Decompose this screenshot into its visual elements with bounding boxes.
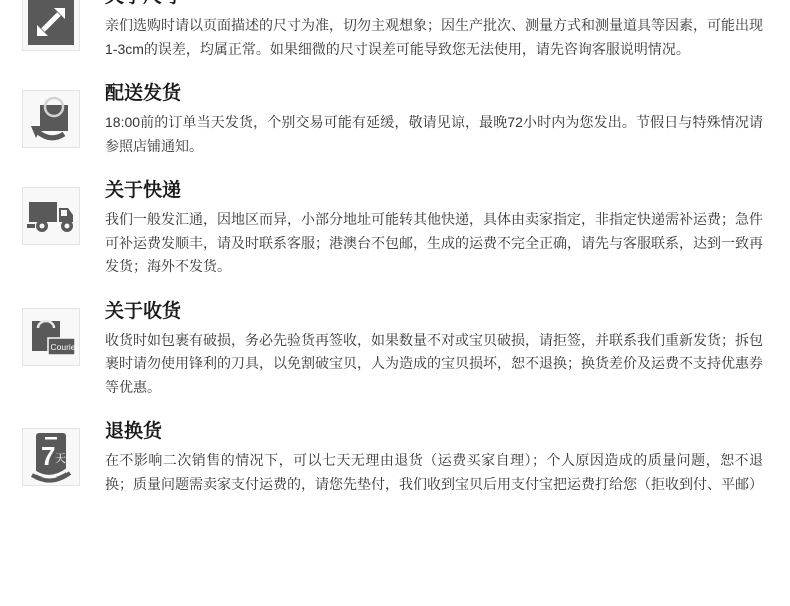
section-title: 退换货 — [105, 420, 763, 444]
section-body: 收货时如包裹有破损，务必先验货再签收，如果数量不对或宝贝破损，请拒签，并联系我们… — [105, 329, 763, 400]
delivery-truck-icon — [22, 187, 80, 245]
courier-label: Courier — [51, 342, 77, 352]
section-body: 亲们选购时请以页面描述的尺寸为准，切勿主观想象；因生产批次、测量方式和测量道具等… — [105, 14, 763, 61]
section-returns: 7 天 退换货 在不影响二次销售的情况下，可以七天无理由退货（运费买家自理）；个… — [22, 420, 790, 496]
section-title: 关于收货 — [105, 300, 763, 324]
section-shipping: 配送发货 18:00前的订单当天发货，个别交易可能有延缓，敬请见谅，最晚72小时… — [22, 82, 790, 158]
seven-days-number: 7 — [41, 441, 55, 471]
shopping-bag-return-arrow-icon — [22, 90, 80, 148]
resize-arrow-icon — [22, 0, 80, 51]
section-title: 关于尺寸 — [105, 0, 763, 9]
section-size-notes: 关于尺寸 亲们选购时请以页面描述的尺寸为准，切勿主观想象；因生产批次、测量方式和… — [22, 0, 790, 61]
section-title: 配送发货 — [105, 82, 763, 106]
calendar-7-days-icon: 7 天 — [22, 428, 80, 486]
section-body: 我们一般发汇通，因地区而异，小部分地址可能转其他快递，具体由卖家指定，非指定快递… — [105, 208, 763, 279]
section-express: 关于快递 我们一般发汇通，因地区而异，小部分地址可能转其他快递，具体由卖家指定，… — [22, 179, 790, 279]
section-body: 在不影响二次销售的情况下，可以七天无理由退货（运费买家自理）；个人原因造成的质量… — [105, 449, 763, 496]
section-body: 18:00前的订单当天发货，个别交易可能有延缓，敬请见谅，最晚72小时内为您发出… — [105, 111, 763, 158]
section-receiving: Courier 关于收货 收货时如包裹有破损，务必先验货再签收，如果数量不对或宝… — [22, 300, 790, 400]
service-info-panel: 关于尺寸 亲们选购时请以页面描述的尺寸为准，切勿主观想象；因生产批次、测量方式和… — [0, 0, 790, 496]
section-title: 关于快递 — [105, 179, 763, 203]
courier-bag-icon: Courier — [22, 308, 80, 366]
seven-days-unit: 天 — [55, 452, 66, 465]
